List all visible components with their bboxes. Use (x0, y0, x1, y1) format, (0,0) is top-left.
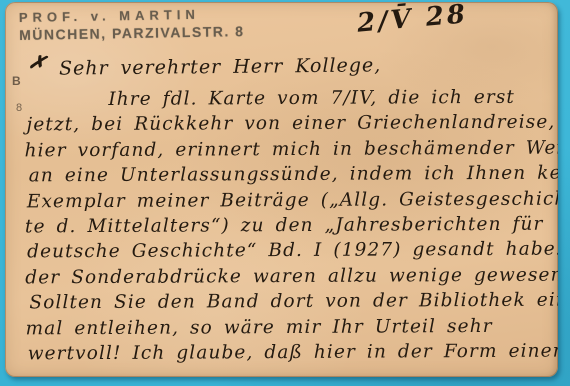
stamp-sender-name: PROF. v. MARTIN (19, 6, 245, 25)
postcard: PROF. v. MARTIN MÜNCHEN, PARZIVALSTR. 8 … (5, 2, 558, 377)
margin-letter-mark: B (12, 74, 21, 88)
letter-body: Ihre fdl. Karte vom 7/IV, die ich erst j… (24, 85, 553, 367)
handwritten-line: Exemplar meiner Beiträge („Allg. Geistes… (25, 186, 553, 214)
stamp-sender-address: MÜNCHEN, PARZIVALSTR. 8 (19, 23, 245, 43)
handwritten-line: Sollten Sie den Band dort von der Biblio… (25, 288, 553, 316)
sender-address-stamp: PROF. v. MARTIN MÜNCHEN, PARZIVALSTR. 8 (19, 6, 245, 43)
scan-background: PROF. v. MARTIN MÜNCHEN, PARZIVALSTR. 8 … (0, 0, 570, 386)
handwritten-line: te d. Mittelalters“) zu den „Jahresberic… (25, 212, 553, 240)
handwritten-date: 2/V̄ 28 (356, 2, 469, 39)
margin-number-mark: 8 (16, 102, 22, 114)
handwritten-line: wertvoll! Ich glaube, daß hier in der Fo… (26, 339, 554, 367)
handwritten-line: jetzt, bei Rückkehr von einer Griechenla… (24, 110, 552, 138)
handwritten-line: an eine Unterlassungssünde, indem ich Ih… (25, 161, 553, 189)
salutation-line: Sehr verehrter Herr Kollege, (59, 54, 381, 79)
handwritten-line: mal entleihen, so wäre mir Ihr Urteil se… (25, 313, 553, 341)
handwritten-line: deutsche Geschichte“ Bd. I (1927) gesand… (25, 237, 553, 265)
margin-check-mark: ✗ (27, 49, 48, 76)
handwritten-line: der Sonderabdrücke waren allzu wenige ge… (25, 262, 553, 290)
handwritten-line: hier vorfand, erinnert mich in beschämen… (25, 135, 553, 163)
handwritten-line: Ihre fdl. Karte vom 7/IV, die ich erst (24, 85, 552, 113)
